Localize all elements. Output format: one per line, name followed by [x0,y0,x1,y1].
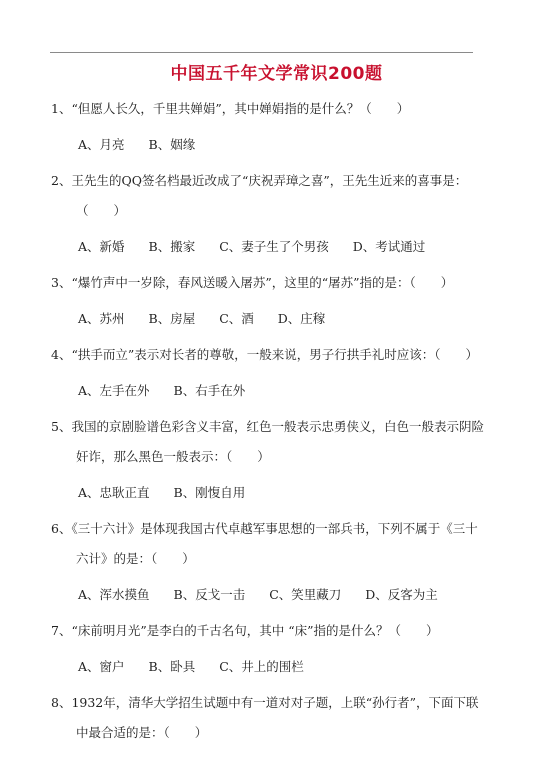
option-b: B、刚愎自用 [174,485,246,501]
header-rule [50,52,473,53]
question-6-text-cont: 六计》的是：（ ） [76,551,195,567]
option-b: B、搬家 [149,239,196,255]
question-8-text-cont: 中最合适的是：（ ） [76,725,207,741]
option-d: D、庄稼 [278,311,326,327]
question-5-text-cont: 奸诈，那么黑色一般表示：（ ） [76,449,270,465]
option-b: B、右手在外 [174,383,246,399]
question-2-options: A、新婚 B、搬家 C、妻子生了个男孩 D、考试通过 [78,239,445,255]
option-c: C、井上的围栏 [219,659,304,675]
option-b: B、卧具 [149,659,196,675]
question-5-options: A、忠耿正直 B、刚愎自用 [78,485,265,501]
question-8-text: 8、1932年，清华大学招生试题中有一道对对子题，上联“孙行者”，下面下联 [51,695,479,711]
question-4-text: 4、“拱手而立”表示对长者的尊敬，一般来说，男子行拱手礼时应该：（ ） [51,347,478,363]
question-7-options: A、窗户 B、卧具 C、井上的围栏 [78,659,324,675]
option-b: B、反戈一击 [174,587,246,603]
option-b: B、房屋 [149,311,196,327]
option-a: A、左手在外 [78,383,150,399]
question-2-text: 2、王先生的QQ签名档最近改成了“庆祝弄璋之喜”，王先生近来的喜事是： [51,173,467,189]
option-d: D、反客为主 [365,587,438,603]
option-a: A、新婚 [78,239,125,255]
option-a: A、浑水摸鱼 [78,587,150,603]
option-a: A、窗户 [78,659,125,675]
option-c: C、酒 [219,311,254,327]
question-6-text: 6、《三十六计》是体现我国古代卓越军事思想的一部兵书，下列不属于《三十 [51,521,478,537]
question-2-text-cont: （ ） [76,203,126,219]
question-1-options: A、月亮 B、姻缘 [78,137,215,153]
question-4-options: A、左手在外 B、右手在外 [78,383,265,399]
question-3-options: A、苏州 B、房屋 C、酒 D、庄稼 [78,311,345,327]
option-b: B、姻缘 [149,137,196,153]
question-7-text: 7、“床前明月光”是李白的千古名句，其中 “床”指的是什么？（ ） [51,623,439,639]
option-d: D、考试通过 [353,239,426,255]
document-title: 中国五千年文学常识200题 [0,59,553,84]
option-a: A、忠耿正直 [78,485,150,501]
option-a: A、苏州 [78,311,125,327]
question-3-text: 3、“爆竹声中一岁除，春风送暖入屠苏”，这里的“屠苏”指的是：（ ） [51,275,453,291]
question-1-text: 1、“但愿人长久，千里共婵娟”，其中婵娟指的是什么？（ ） [51,101,409,117]
option-c: C、妻子生了个男孩 [219,239,329,255]
option-a: A、月亮 [78,137,125,153]
question-6-options: A、浑水摸鱼 B、反戈一击 C、笑里藏刀 D、反客为主 [78,587,458,603]
question-5-text: 5、我国的京剧脸谱色彩含义丰富，红色一般表示忠勇侠义，白色一般表示阴险 [51,419,484,435]
option-c: C、笑里藏刀 [269,587,341,603]
